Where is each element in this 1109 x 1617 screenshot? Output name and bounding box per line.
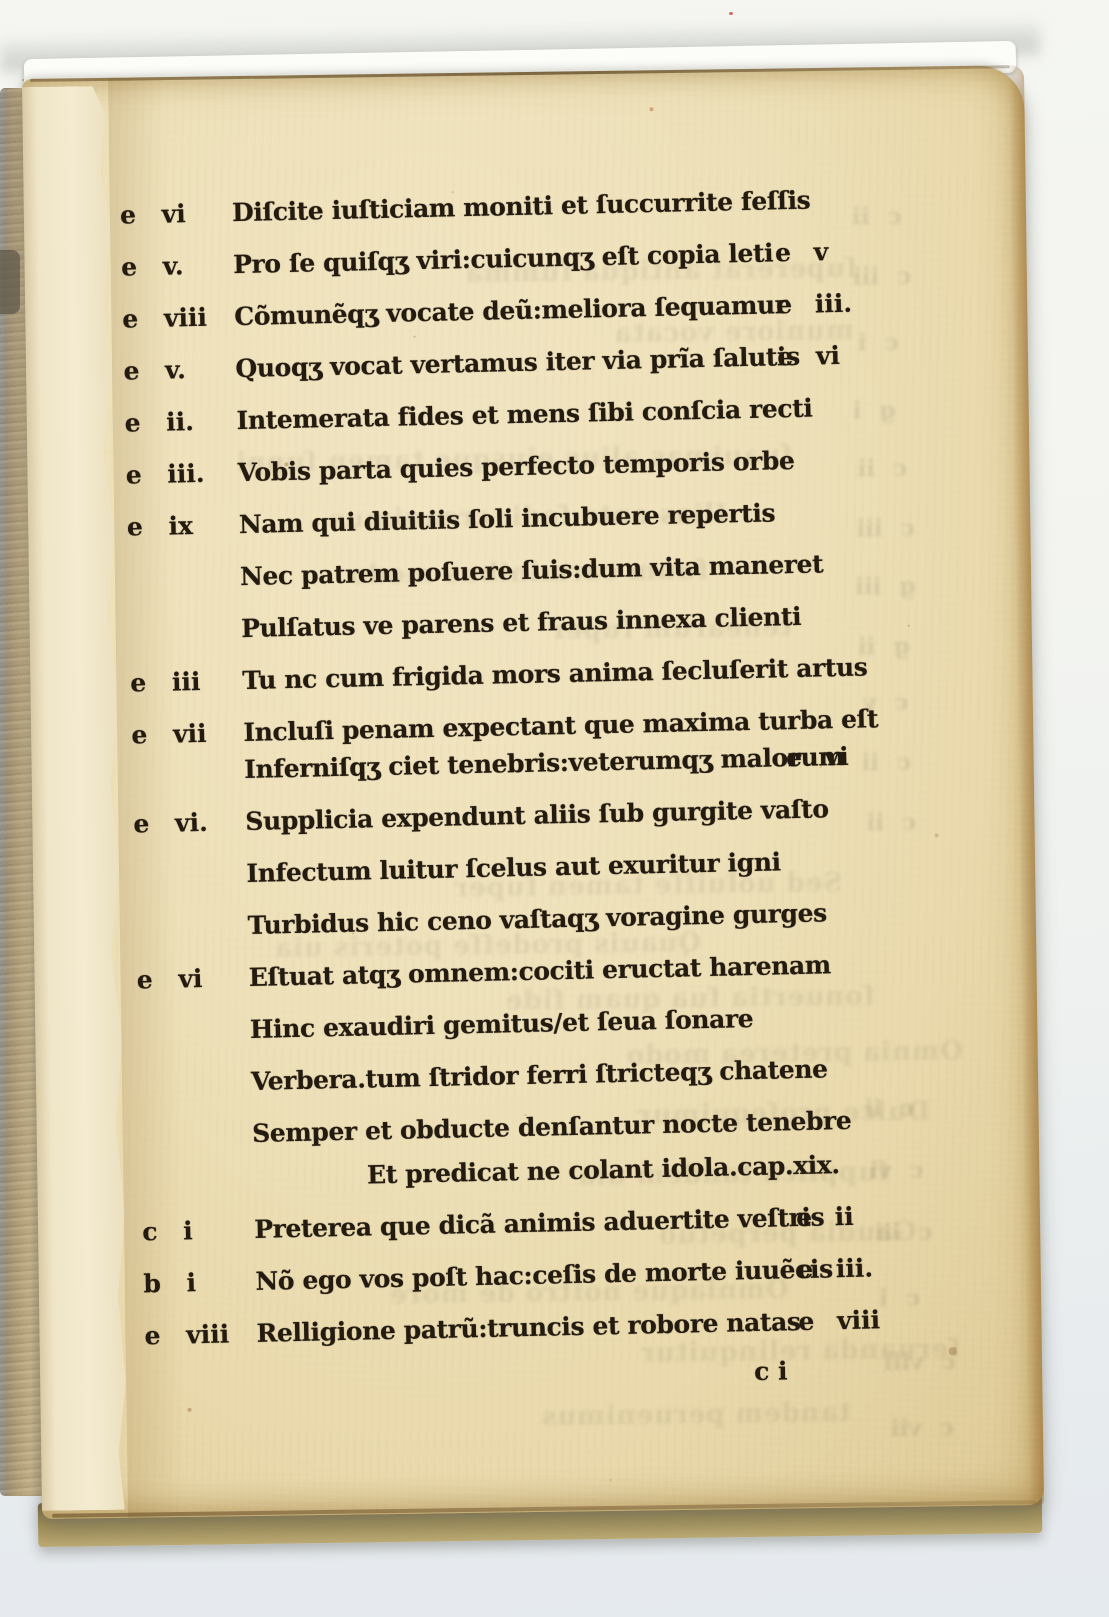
- quire-signature: c i: [754, 1357, 788, 1386]
- verse-text: Eſtuat atqʒ omnem:cociti eructat harenam: [248, 950, 831, 992]
- right-margin-ref: e iii.: [797, 1253, 873, 1284]
- left-margin-ref: e vi: [120, 199, 186, 229]
- verse-text: Hinc exaudiri gemitus/et ſeua ſonare: [250, 1004, 754, 1044]
- left-margin-ref: c i: [142, 1216, 193, 1246]
- show-through-ref: c viii: [884, 1348, 956, 1376]
- verse-text: Quoqʒ vocat vertamus iter via prĩa ſalut…: [235, 342, 800, 383]
- verse-text: Diſcite iuſticiam moniti et ſuccurrite f…: [232, 186, 811, 228]
- verse-text: Infectum luitur ſcelus aut exuritur igni: [246, 847, 781, 888]
- right-margin-ref: e v: [775, 237, 829, 267]
- right-margin-ref: e vi: [786, 742, 849, 772]
- show-through-ref: c vii: [891, 1414, 954, 1442]
- red-speck: [729, 12, 733, 15]
- foxing-speckles: [22, 79, 24, 81]
- left-margin-ref: e v.: [121, 251, 184, 281]
- right-margin-ref: e ii: [796, 1202, 854, 1232]
- verse-text: Intemerata fides et mens ſibi conſcia re…: [236, 394, 812, 436]
- right-margin-ref: e iii.: [776, 289, 852, 320]
- left-margin-ref: e ii.: [124, 407, 194, 438]
- left-margin-ref: e vi.: [133, 808, 208, 839]
- verse-text: Et predicat ne colant idola.cap.xix.: [367, 1150, 840, 1189]
- left-margin-ref: e v.: [123, 355, 186, 385]
- text-block: e viDiſcite iuſticiam moniti et ſuccurri…: [120, 170, 1029, 1362]
- verse-text: Inferniſqʒ ciet tenebris:veterumqʒ malor…: [244, 742, 845, 784]
- left-margin-ref: e vi: [136, 964, 202, 994]
- verse-text: Turbidus hic ceno vaſtaqʒ voragine gurge…: [247, 898, 827, 940]
- verse-text: Pro ſe quiſqʒ viri:cuicunqʒ eſt copia le…: [233, 238, 774, 279]
- left-margin-ref: e iii: [130, 667, 201, 698]
- verse-text: Nõ ego vos poſt hac:ceſis de morte iuuẽc…: [255, 1254, 833, 1296]
- verse-text: Preterea que dicã animis aduertite veſtr…: [254, 1203, 825, 1244]
- binding-notch: [0, 250, 20, 314]
- book-page: c iic iiic ig ic iic iiig iiig iic vc ii…: [22, 65, 1044, 1519]
- verse-text: Verbera.tum ſtridor ferri ſtricteqʒ chat…: [251, 1054, 828, 1096]
- verse-text: Pulſatus ve parens et fraus innexa clien…: [241, 602, 802, 643]
- left-margin-ref: e iii.: [125, 459, 204, 490]
- verse-text: Vobis parta quies perfecto temporis orbe: [237, 446, 794, 487]
- left-margin-ref: e viii: [144, 1320, 229, 1351]
- verse-text: Tu nc cum frigida mors anima ſecluſerit …: [242, 652, 868, 695]
- verse-text: Cõmunẽqʒ vocate deũ:meliora ſequamur: [234, 290, 788, 331]
- verse-text: Nec patrem poſuere ſuis:dum vita maneret: [240, 549, 824, 591]
- verse-text: Nam qui diuitiis ſoli incubuere repertis: [239, 498, 776, 539]
- verse-text: Relligione patrũ:truncis et robore natas: [256, 1307, 801, 1348]
- left-margin-ref: b i: [143, 1268, 196, 1298]
- left-margin-ref: e ix: [127, 511, 194, 541]
- left-margin-ref: e viii: [122, 303, 207, 334]
- right-margin-ref: e vi: [777, 341, 840, 371]
- book-scan: c iic iiic ig ic iic iiig iiig iic vc ii…: [0, 0, 1109, 1617]
- right-margin-ref: e viii: [798, 1305, 880, 1336]
- verse-text: Supplicia expendunt aliis ſub gurgite va…: [245, 794, 829, 836]
- show-through-verse: tandem peruenimus: [541, 1398, 851, 1432]
